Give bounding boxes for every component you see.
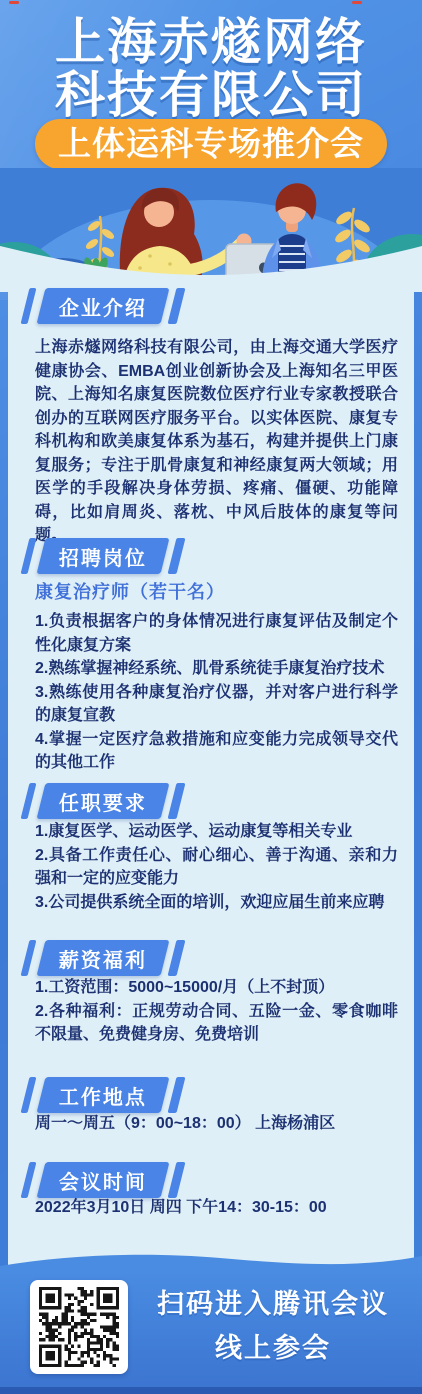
event-badge: 上体运科专场推介会 (35, 119, 387, 169)
list-item: 1.康复医学、运动医学、运动康复等相关专业 (35, 820, 398, 844)
benefits-list: 1.工资范围：5000~15000/月（上不封顶） 2.各种福利：正规劳动合同、… (35, 976, 398, 1047)
section-title: 工作地点 (59, 1081, 147, 1110)
footer-line2: 线上参会 (132, 1326, 414, 1365)
section-header-requirements: 任职要求 (25, 783, 181, 819)
header-stripe-decoration (168, 538, 186, 574)
company-title-line2: 科技有限公司 (0, 69, 422, 122)
list-item: 4.掌握一定医疗急救措施和应变能力完成领导交代的其他工作 (35, 728, 398, 775)
section-header-location: 工作地点 (25, 1077, 181, 1113)
positions-list: 1.负责根据客户的身体情况进行康复评估及制定个性化康复方案 2.熟练掌握神经系统… (35, 610, 398, 775)
header-bar-decoration (21, 783, 37, 819)
header-bar-decoration (21, 288, 37, 324)
footer: 扫码进入腾讯会议 线上参会 (0, 1252, 422, 1394)
company-title: 上海赤燧网络 科技有限公司 (0, 16, 422, 122)
header-stripe-decoration (168, 288, 186, 324)
recruitment-poster: 上海赤燧网络 科技有限公司 上体运科专场推介会 (0, 0, 422, 1394)
red-mark-right (352, 1, 362, 4)
header-bar-decoration (21, 1077, 37, 1113)
work-location-text: 周一～周五（9：00~18：00） 上海杨浦区 (35, 1112, 398, 1136)
content-card: 企业介绍 上海赤燧网络科技有限公司，由上海交通大学医疗健康协会、EMBA创业创新… (8, 292, 414, 1272)
header-stripe-decoration (168, 1077, 186, 1113)
section-header-company-intro: 企业介绍 (25, 288, 181, 324)
header-stripe-decoration (168, 783, 186, 819)
header-stripe-decoration (168, 1162, 186, 1198)
section-title: 招聘岗位 (59, 542, 147, 571)
list-item: 2.具备工作责任心、耐心细心、善于沟通、亲和力强和一定的应变能力 (35, 844, 398, 891)
footer-wave (0, 1252, 422, 1272)
section-title: 会议时间 (59, 1166, 147, 1195)
list-item: 3.熟练使用各种康复治疗仪器，并对客户进行科学的康复宣教 (35, 681, 398, 728)
requirements-list: 1.康复医学、运动医学、运动康复等相关专业 2.具备工作责任心、耐心细心、善于沟… (35, 820, 398, 914)
qr-code (30, 1280, 128, 1374)
list-item: 2.各种福利：正规劳动合同、五险一金、零食咖啡不限量、免费健身房、免费培训 (35, 1000, 398, 1047)
meeting-time-text: 2022年3月10日 周四 下午14：30-15：00 (35, 1196, 398, 1220)
header-bar-decoration (21, 538, 37, 574)
company-intro-paragraph: 上海赤燧网络科技有限公司，由上海交通大学医疗健康协会、EMBA创业创新协会及上海… (35, 336, 398, 548)
section-header-benefits: 薪资福利 (25, 940, 181, 976)
footer-line1: 扫码进入腾讯会议 (132, 1282, 414, 1321)
list-item: 2.熟练掌握神经系统、肌骨系统徒手康复治疗技术 (35, 657, 398, 681)
section-title: 任职要求 (59, 787, 147, 816)
section-header-positions: 招聘岗位 (25, 538, 181, 574)
red-mark-left (9, 1, 19, 4)
company-title-line1: 上海赤燧网络 (0, 16, 422, 69)
people-at-laptop-illustration (0, 168, 422, 292)
header-stripe-decoration (168, 940, 186, 976)
list-item: 3.公司提供系统全面的培训，欢迎应届生前来应聘 (35, 891, 398, 915)
footer-bottom-strip (0, 1387, 422, 1394)
section-title: 薪资福利 (59, 944, 147, 973)
qr-code-pattern (38, 1287, 120, 1367)
list-item: 1.工资范围：5000~15000/月（上不封顶） (35, 976, 398, 1000)
section-title: 企业介绍 (59, 292, 147, 321)
header-bar-decoration (21, 940, 37, 976)
job-role-title: 康复治疗师（若干名） (35, 578, 398, 604)
section-header-meeting: 会议时间 (25, 1162, 181, 1198)
header-bar-decoration (21, 1162, 37, 1198)
list-item: 1.负责根据客户的身体情况进行康复评估及制定个性化康复方案 (35, 610, 398, 657)
